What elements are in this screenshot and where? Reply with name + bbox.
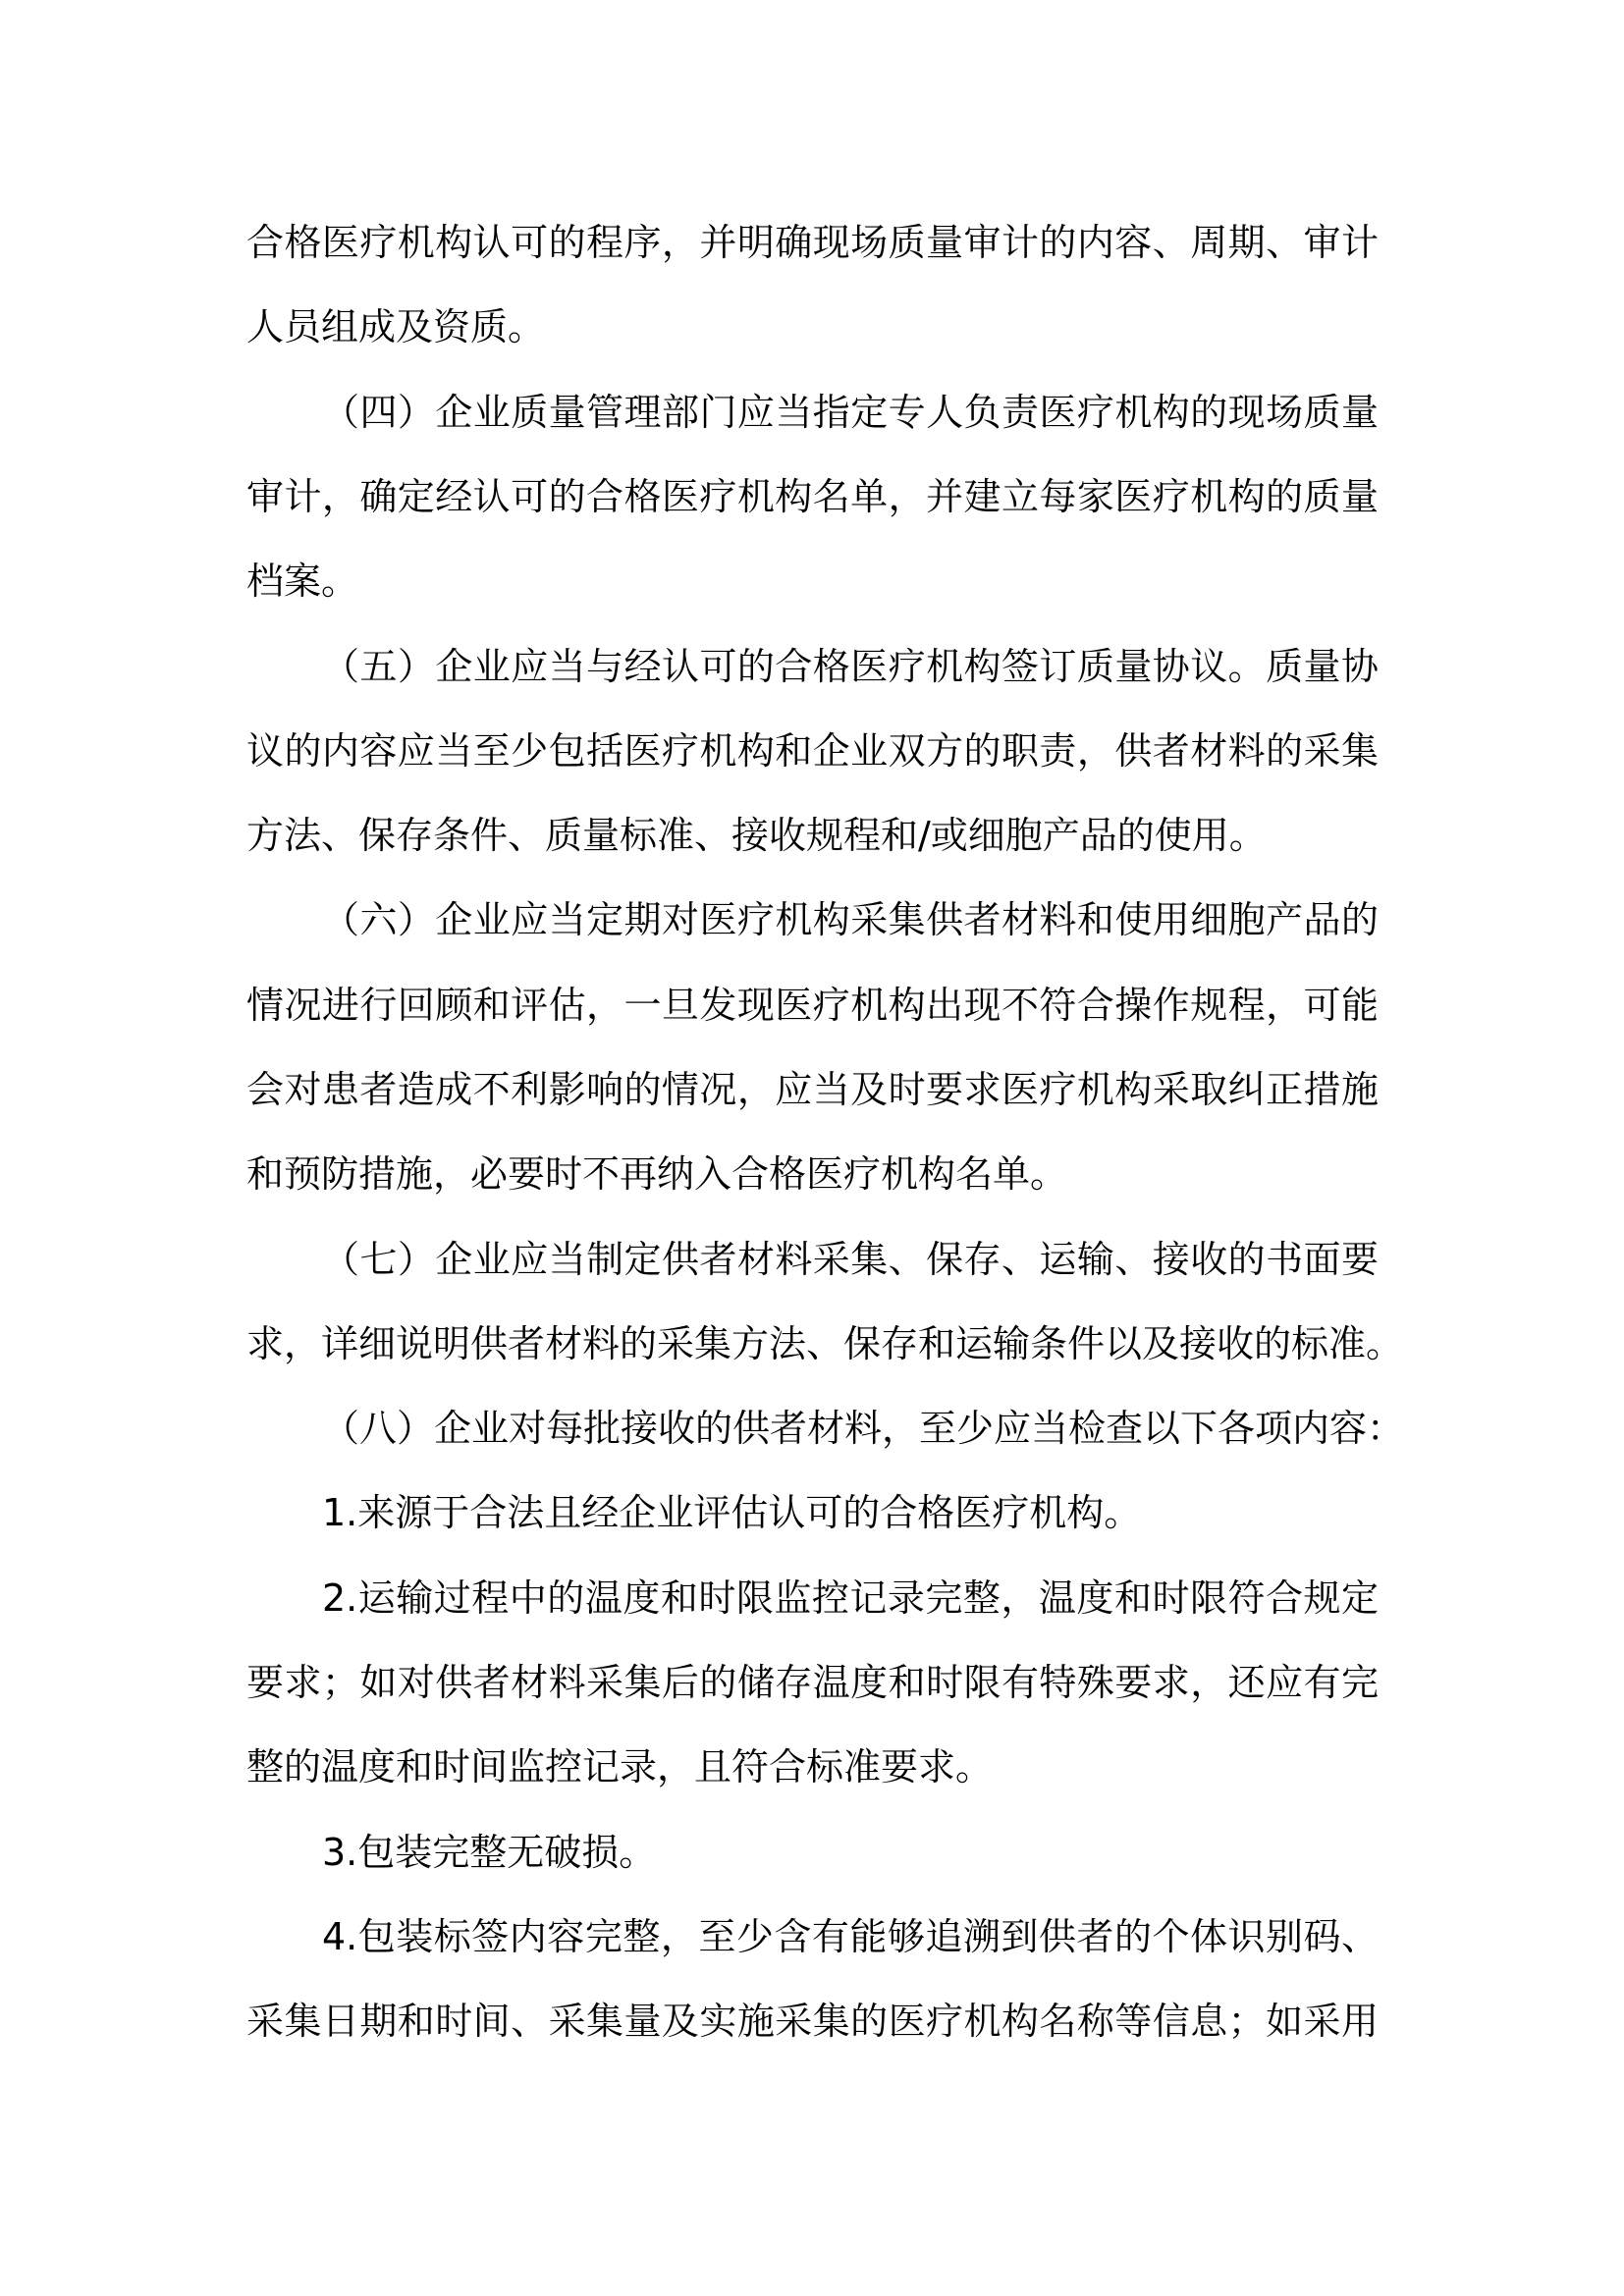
text-line: 整的温度和时间监控记录，且符合标准要求。	[246, 1742, 1379, 1791]
text-line: 方法、保存条件、质量标准、接收规程和/或细胞产品的使用。	[246, 811, 1379, 860]
text-line: 议的内容应当至少包括医疗机构和企业双方的职责，供者材料的采集	[246, 726, 1379, 775]
text-line: 档案。	[246, 557, 1379, 606]
paragraph-8-heading-line: （八）企业对每批接收的供者材料，至少应当检查以下各项内容：	[322, 1404, 1379, 1453]
paragraph-4-heading-line: （四）企业质量管理部门应当指定专人负责医疗机构的现场质量	[322, 388, 1379, 437]
text-line: 和预防措施，必要时不再纳入合格医疗机构名单。	[246, 1149, 1379, 1199]
text-line: 合格医疗机构认可的程序，并明确现场质量审计的内容、周期、审计	[246, 218, 1379, 267]
paragraph-7-heading-line: （七）企业应当制定供者材料采集、保存、运输、接收的书面要	[322, 1235, 1379, 1284]
text-line: 要求；如对供者材料采集后的储存温度和时限有特殊要求，还应有完	[246, 1658, 1379, 1707]
text-line: 采集日期和时间、采集量及实施采集的医疗机构名称等信息；如采用	[246, 1997, 1379, 2046]
text-line: 情况进行回顾和评估，一旦发现医疗机构出现不符合操作规程，可能	[246, 981, 1379, 1030]
text-line: 人员组成及资质。	[246, 302, 1379, 351]
list-item-3: 3.包装完整无破损。	[322, 1828, 1379, 1877]
text-line: 审计，确定经认可的合格医疗机构名单，并建立每家医疗机构的质量	[246, 472, 1379, 521]
list-item-4: 4.包装标签内容完整，至少含有能够追溯到供者的个体识别码、	[322, 1912, 1379, 1961]
paragraph-5-heading-line: （五）企业应当与经认可的合格医疗机构签订质量协议。质量协	[322, 642, 1379, 691]
document-page: 合格医疗机构认可的程序，并明确现场质量审计的内容、周期、审计 人员组成及资质。 …	[0, 0, 1624, 2296]
text-line: 会对患者造成不利影响的情况，应当及时要求医疗机构采取纠正措施	[246, 1065, 1379, 1114]
text-line: 求，详细说明供者材料的采集方法、保存和运输条件以及接收的标准。	[246, 1319, 1379, 1368]
paragraph-6-heading-line: （六）企业应当定期对医疗机构采集供者材料和使用细胞产品的	[322, 895, 1379, 944]
list-item-1: 1.来源于合法且经企业评估认可的合格医疗机构。	[322, 1488, 1379, 1537]
list-item-2: 2.运输过程中的温度和时限监控记录完整，温度和时限符合规定	[322, 1574, 1379, 1623]
